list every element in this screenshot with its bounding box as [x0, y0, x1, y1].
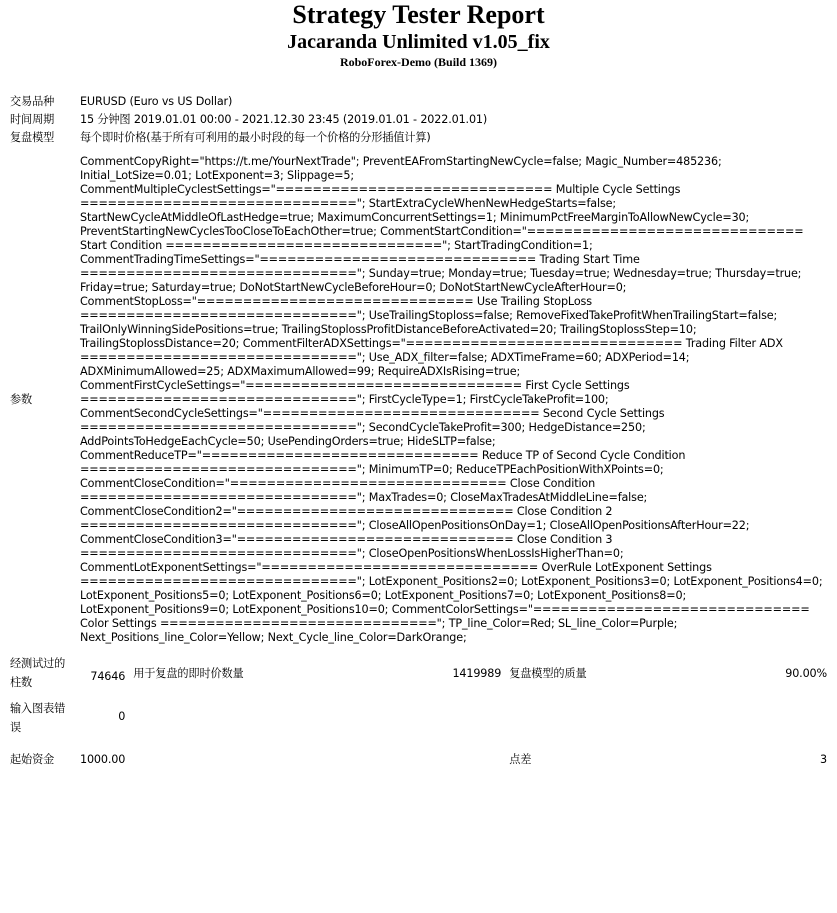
symbol-row: 交易品种 EURUSD (Euro vs US Dollar)	[6, 93, 831, 111]
errors-label: 输入图表错误	[6, 694, 76, 739]
params-label: 参数	[6, 147, 76, 653]
report-header: Strategy Tester Report Jacaranda Unlimit…	[0, 0, 837, 69]
spread-value: 3	[687, 739, 831, 772]
quality-label: 复盘模型的质量	[505, 653, 687, 694]
errors-value: 0	[76, 694, 129, 739]
server-name: RoboForex-Demo (Build 1369)	[0, 55, 837, 69]
period-value: 15 分钟图 2019.01.01 00:00 - 2021.12.30 23:…	[76, 111, 831, 129]
report-title: Strategy Tester Report	[0, 0, 837, 30]
deposit-value: 1000.00	[76, 739, 129, 772]
ticks-label: 用于复盘的即时价数量	[129, 653, 437, 694]
bars-row: 经测试过的柱数 74646 用于复盘的即时价数量 1419989 复盘模型的质量…	[6, 653, 831, 694]
period-row: 时间周期 15 分钟图 2019.01.01 00:00 - 2021.12.3…	[6, 111, 831, 129]
bars-value: 74646	[76, 653, 129, 694]
deposit-label: 起始资金	[6, 739, 76, 772]
symbol-label: 交易品种	[6, 93, 76, 111]
params-value: CommentCopyRight="https://t.me/YourNextT…	[76, 147, 831, 653]
ticks-value: 1419989	[437, 653, 505, 694]
expert-name: Jacaranda Unlimited v1.05_fix	[0, 30, 837, 54]
deposit-row: 起始资金 1000.00 点差 3	[6, 739, 831, 772]
model-row: 复盘模型 每个即时价格(基于所有可利用的最小时段的每一个价格的分形插值计算)	[6, 129, 831, 147]
quality-value: 90.00%	[687, 653, 831, 694]
errors-row: 输入图表错误 0	[6, 694, 831, 739]
model-label: 复盘模型	[6, 129, 76, 147]
period-label: 时间周期	[6, 111, 76, 129]
params-row: 参数 CommentCopyRight="https://t.me/YourNe…	[6, 147, 831, 653]
symbol-value: EURUSD (Euro vs US Dollar)	[76, 93, 831, 111]
spread-label: 点差	[505, 739, 687, 772]
model-value: 每个即时价格(基于所有可利用的最小时段的每一个价格的分形插值计算)	[76, 129, 831, 147]
bars-label: 经测试过的柱数	[6, 653, 76, 694]
report-table: 交易品种 EURUSD (Euro vs US Dollar) 时间周期 15 …	[6, 93, 831, 772]
